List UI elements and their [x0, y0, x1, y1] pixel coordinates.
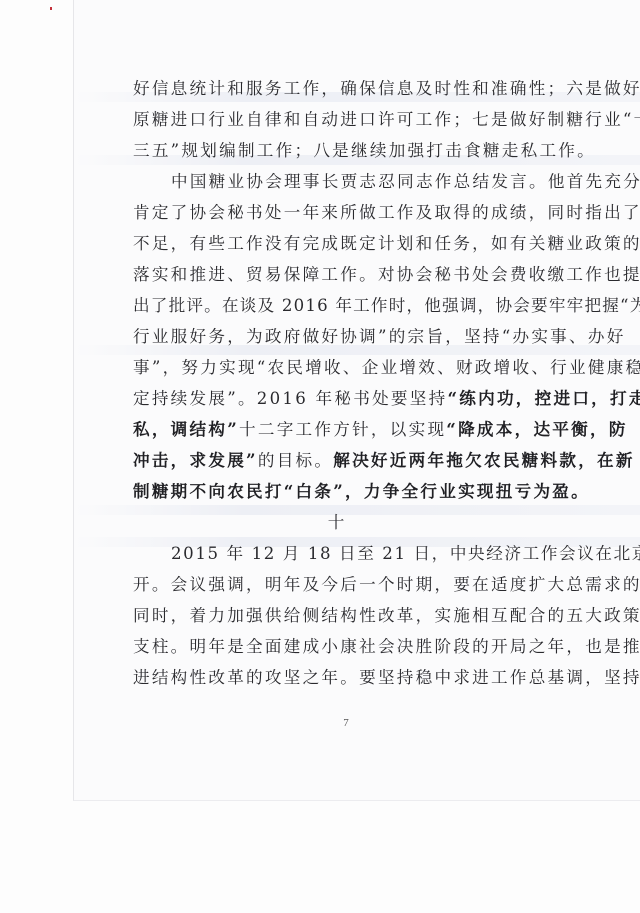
paragraph-line: 落实和推进、贸易保障工作。对协会秘书处会费收缴工作也提	[133, 259, 539, 290]
paragraph-line: 行业服好务，为政府做好协调”的宗旨，坚持“办实事、办好	[133, 321, 539, 352]
paragraph-line: 2015 年 12 月 18 日至 21 日，中央经济工作会议在北京召	[133, 538, 539, 569]
paragraph-line: 定持续发展”。2016 年秘书处要坚持“练内功，控进口，打走	[133, 383, 539, 414]
paragraph-line: 开。会议强调，明年及今后一个时期，要在适度扩大总需求的	[133, 569, 539, 600]
paragraph-line: 制糖期不向农民打“白条”，力争全行业实现扭亏为盈。	[133, 476, 539, 507]
section-number: 十	[133, 507, 539, 538]
paragraph-line: 肯定了协会秘书处一年来所做工作及取得的成绩，同时指出了	[133, 197, 539, 228]
paragraph-line: 事”，努力实现“农民增收、企业增效、财政增收、行业健康稳	[133, 352, 539, 383]
paragraph-line: 同时，着力加强供给侧结构性改革，实施相互配合的五大政策	[133, 600, 539, 631]
line-text: 十二字工作方针，以实现	[239, 420, 446, 439]
paragraph-line: 原糖进口行业自律和自动进口许可工作；七是做好制糖行业“十	[133, 104, 539, 135]
page-number: 7	[0, 717, 640, 729]
paragraph-line: 不足，有些工作没有完成既定计划和任务，如有关糖业政策的	[133, 228, 539, 259]
paragraph-line: 冲击，求发展”的目标。解决好近两年拖欠农民糖料款，在新	[133, 445, 539, 476]
bold-text: 制糖期不向农民打“白条”，力争全行业实现扭亏为盈。	[133, 481, 590, 501]
document-body: 好信息统计和服务工作，确保信息及时性和准确性；六是做好 原糖进口行业自律和自动进…	[133, 73, 539, 693]
paragraph-line: 中国糖业协会理事长贾志忍同志作总结发言。他首先充分	[133, 166, 539, 197]
line-text: 的目标。	[258, 451, 333, 470]
red-margin-mark	[50, 7, 52, 10]
paragraph-line: 私，调结构”十二字工作方针，以实现“降成本，达平衡，防	[133, 414, 539, 445]
bold-text: 冲击，求发展”	[133, 450, 258, 470]
paragraph-line: 支柱。明年是全面建成小康社会决胜阶段的开局之年，也是推	[133, 631, 539, 662]
bold-text: “练内功，控进口，打走	[447, 388, 640, 408]
paragraph-line: 进结构性改革的攻坚之年。要坚持稳中求进工作总基调，坚持	[133, 662, 539, 693]
paragraph-line: 出了批评。在谈及 2016 年工作时，他强调，协会要牢牢把握“为	[133, 290, 539, 321]
bold-text: 私，调结构”	[133, 419, 239, 439]
line-text: 定持续发展”。2016 年秘书处要坚持	[133, 389, 447, 408]
bold-text: 解决好近两年拖欠农民糖料款，在新	[333, 450, 635, 470]
bold-text: “降成本，达平衡，防	[446, 419, 627, 439]
paragraph-line: 好信息统计和服务工作，确保信息及时性和准确性；六是做好	[133, 73, 539, 104]
paragraph-line: 三五”规划编制工作；八是继续加强打击食糖走私工作。	[133, 135, 539, 166]
